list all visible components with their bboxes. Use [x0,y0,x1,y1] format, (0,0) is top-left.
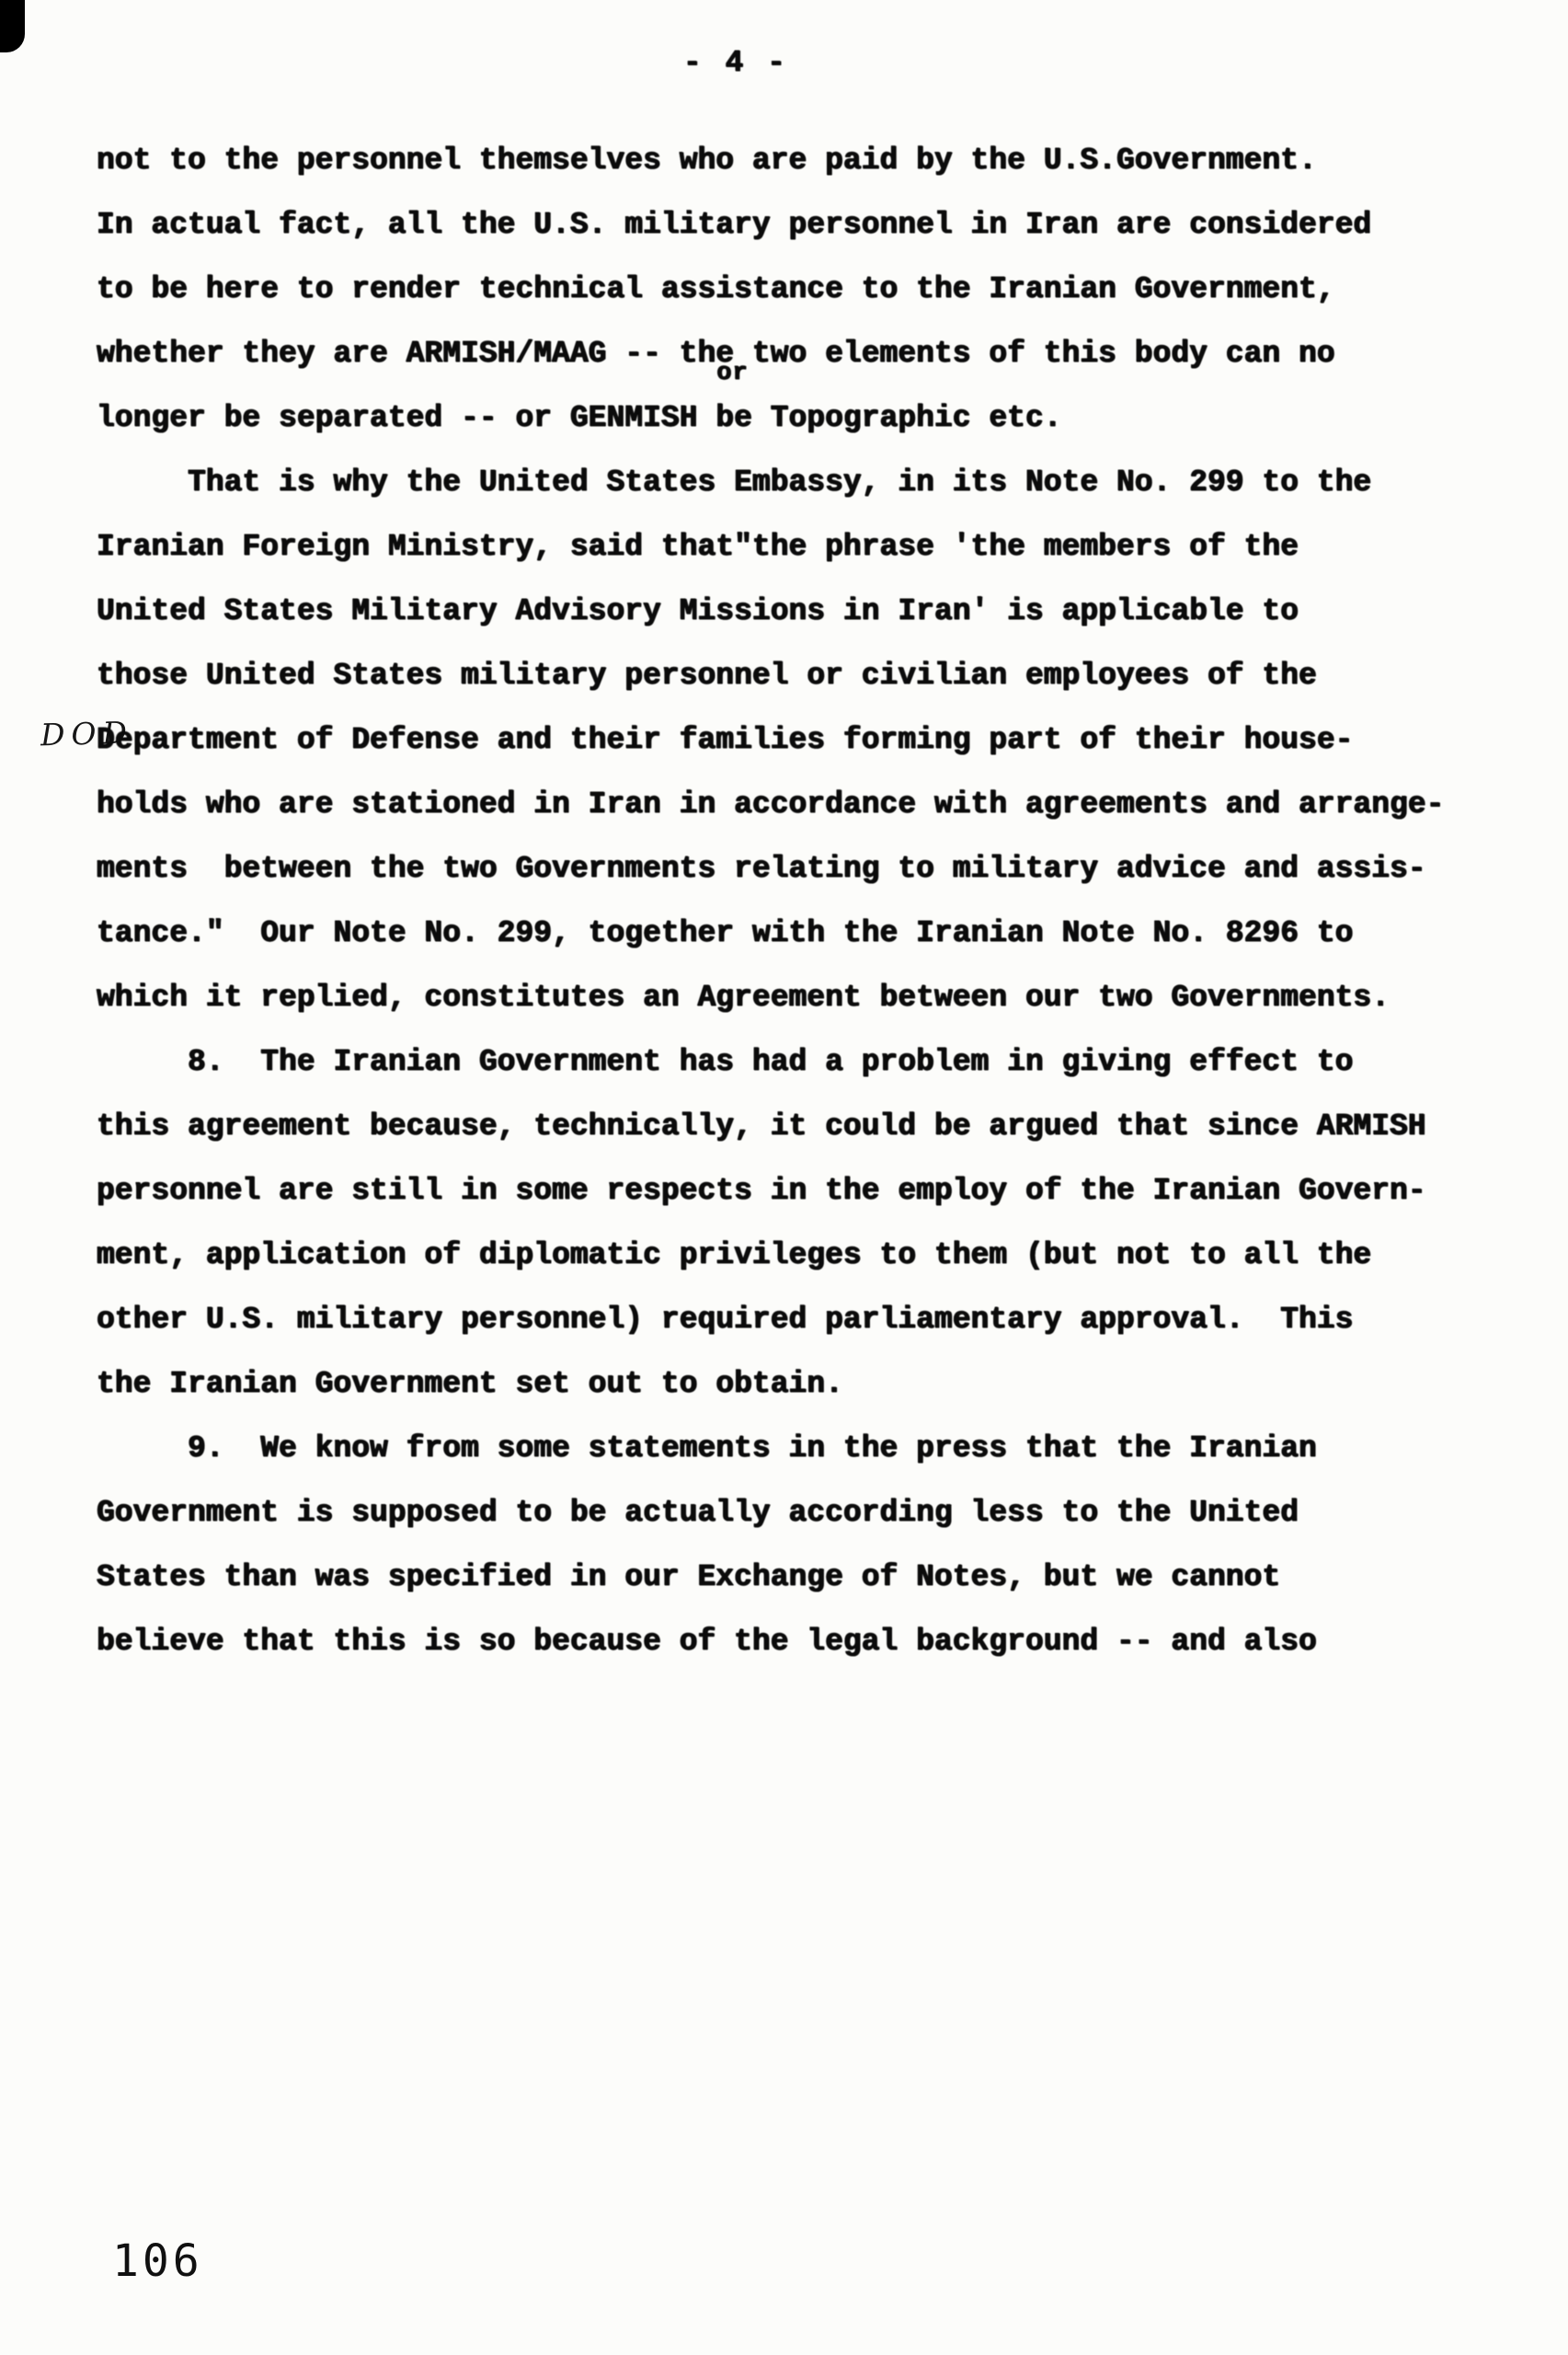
text-line: In actual fact, all the U.S. military pe… [97,193,1504,258]
text-line: United States Military Advisory Missions… [97,580,1504,644]
text-line: not to the personnel themselves who are … [97,129,1504,193]
scanned-document-page: - 4 - DOD not to the personnel themselve… [0,0,1568,2355]
text-line: which it replied, constitutes an Agreeme… [97,966,1504,1030]
text-line: That is why the United States Embassy, i… [97,451,1504,515]
text-line: Government is supposed to be actually ac… [97,1481,1504,1545]
text-line: holds who are stationed in Iran in accor… [97,773,1504,837]
text-line: Department of Defense and their families… [97,708,1504,773]
page-number: 106 [112,2235,203,2287]
text-segment: longer be separated -- or GENMISH [97,401,715,435]
page-header-number: - 4 - [0,46,1471,80]
text-line: 9. We know from some statements in the p… [97,1417,1504,1481]
text-line: to be here to render technical assistanc… [97,258,1504,322]
corrected-word: be [715,401,752,435]
text-line: other U.S. military personnel) required … [97,1288,1504,1352]
text-line: ments between the two Governments relati… [97,837,1504,902]
typed-insertion-or: or [716,362,748,386]
text-line: States than was specified in our Exchang… [97,1545,1504,1610]
scan-artifact-corner [0,0,25,52]
document-body: not to the personnel themselves who are … [97,129,1504,1674]
text-line: believe that this is so because of the l… [97,1610,1504,1674]
text-line: the Iranian Government set out to obtain… [97,1352,1504,1417]
text-line: Iranian Foreign Ministry, said that"the … [97,515,1504,580]
text-line: tance." Our Note No. 299, together with … [97,902,1504,966]
text-line: those United States military personnel o… [97,644,1504,708]
text-line: personnel are still in some respects in … [97,1159,1504,1223]
text-line: ment, application of diplomatic privileg… [97,1223,1504,1288]
text-line-with-correction: longer be separated -- or GENMISH orbe T… [97,386,1504,451]
text-segment: Topographic etc. [752,401,1062,435]
text-line: this agreement because, technically, it … [97,1095,1504,1159]
text-line: whether they are ARMISH/MAAG -- the two … [97,322,1504,386]
text-line: 8. The Iranian Government has had a prob… [97,1030,1504,1095]
